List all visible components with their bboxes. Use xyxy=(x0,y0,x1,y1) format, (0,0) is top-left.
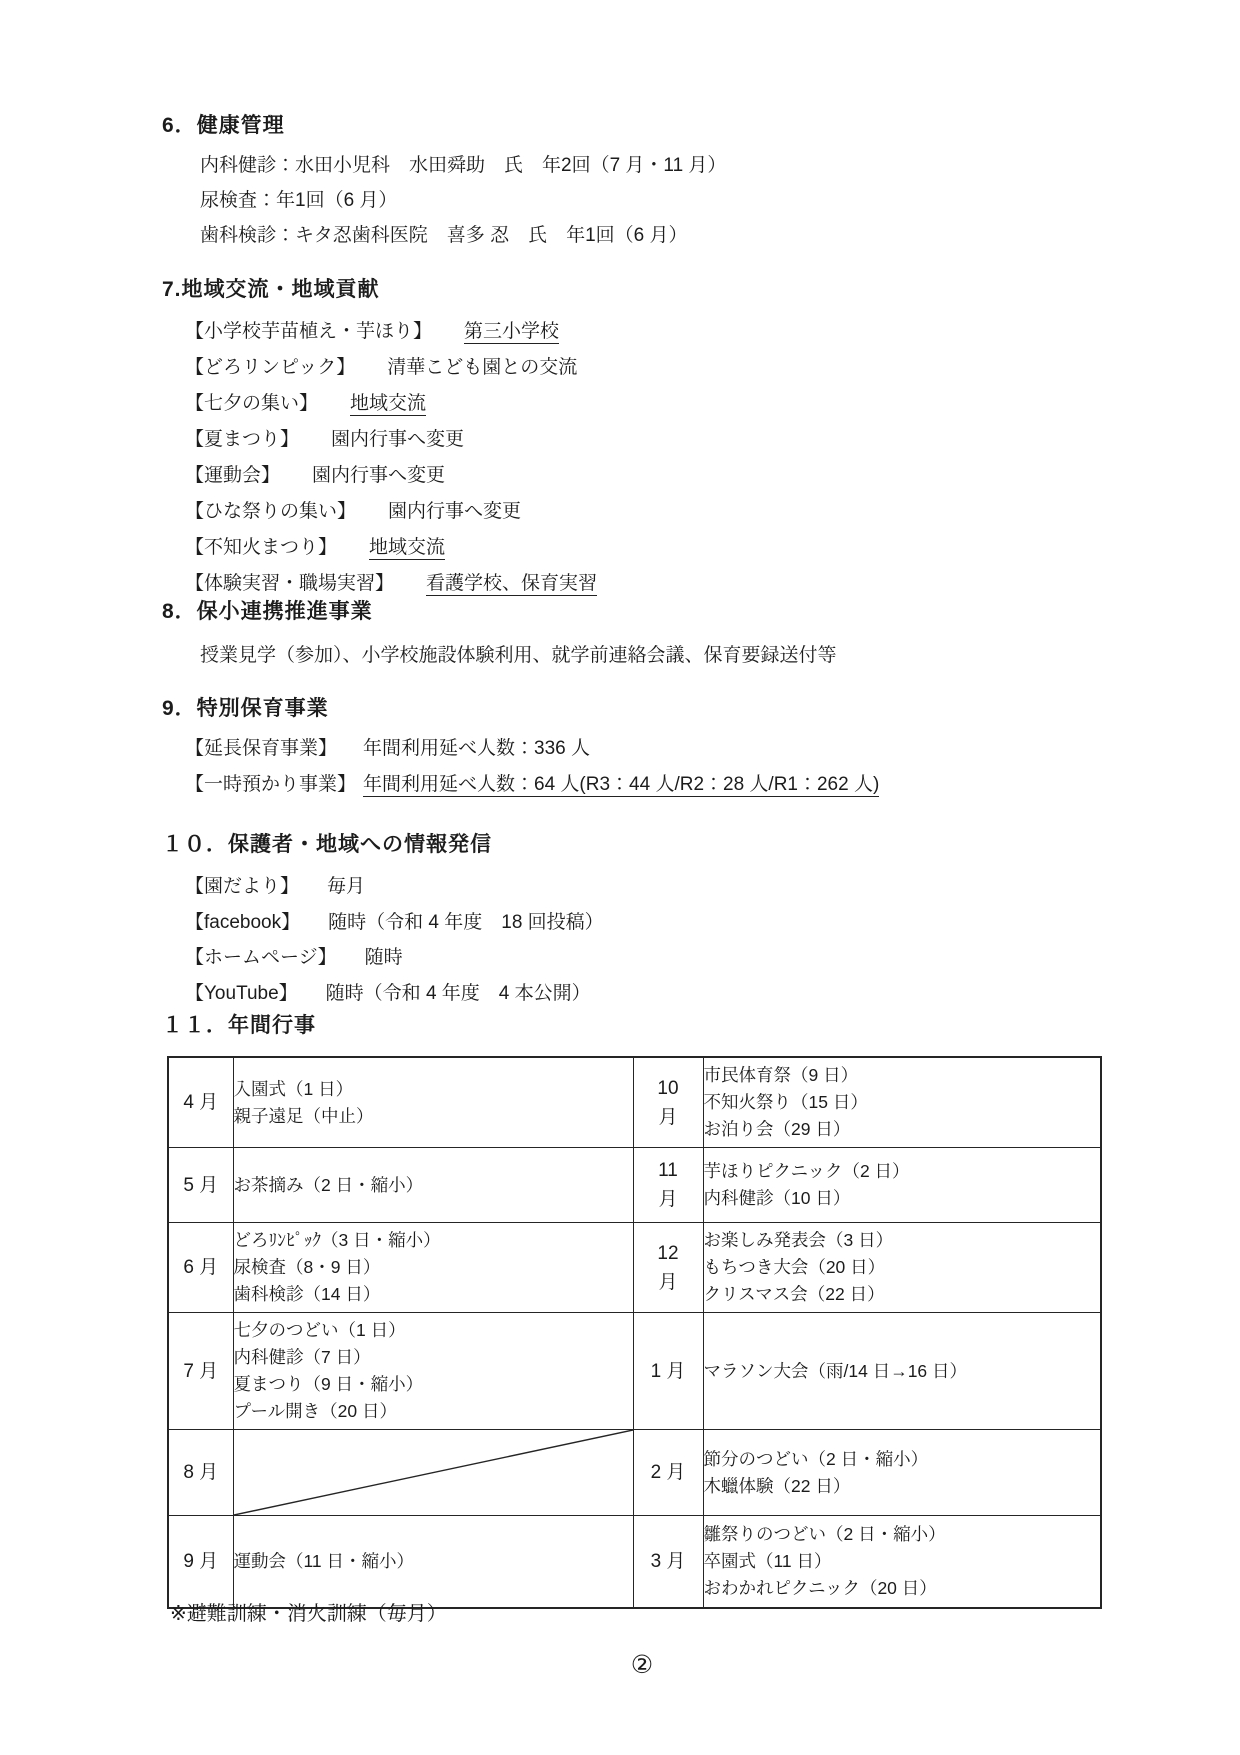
bracket-label: 【園だより】 xyxy=(185,876,299,897)
section-annual-events: １１．年間行事 xyxy=(162,1012,1122,1040)
community-item: 【夏まつり】園内行事へ変更 xyxy=(185,422,1122,458)
month-cell: 2 月 xyxy=(633,1430,703,1516)
info-item: 【facebook】随時（令和 4 年度 18 回投稿） xyxy=(185,905,1122,941)
community-item: 【小学校芋苗植え・芋ほり】第三小学校 xyxy=(185,314,1122,350)
section-7-heading: 7.地域交流・地域貢献 xyxy=(162,276,1122,304)
bracket-value: 園内行事へ変更 xyxy=(331,429,464,450)
health-line-internal-checkup: 内科健診：水田小児科 水田舜助 氏 年2回（7 月・11 月） xyxy=(200,148,1122,183)
events-cell-empty xyxy=(233,1430,633,1516)
events-cell: お茶摘み（2 日・縮小） xyxy=(233,1148,633,1223)
community-item: 【不知火まつり】地域交流 xyxy=(185,530,1122,566)
bracket-value: 随時（令和 4 年度 18 回投稿） xyxy=(328,912,604,933)
events-cell: 芋ほりピクニック（2 日） 内科健診（10 日） xyxy=(703,1148,1101,1223)
bracket-label: 【夏まつり】 xyxy=(185,429,299,450)
events-cell: 七夕のつどい（1 日） 内科健診（7 日） 夏まつり（9 日・縮小） プール開き… xyxy=(233,1313,633,1430)
month-cell: 3 月 xyxy=(633,1516,703,1608)
section-cooperation-project: 8．保小連携推進事業 授業見学（参加）、小学校施設体験利用、就学前連絡会議、保育… xyxy=(162,598,1122,673)
community-item: 【七夕の集い】地域交流 xyxy=(185,386,1122,422)
bracket-value: 園内行事へ変更 xyxy=(312,465,445,486)
month-cell: 6 月 xyxy=(168,1223,233,1313)
community-item: 【どろリンピック】清華こども園との交流 xyxy=(185,350,1122,386)
section-6-heading: 6．健康管理 xyxy=(162,112,1122,140)
events-cell: 入園式（1 日） 親子遠足（中止） xyxy=(233,1057,633,1148)
events-cell: 雛祭りのつどい（2 日・縮小） 卒園式（11 日） おわかれピクニック（20 日… xyxy=(703,1516,1101,1608)
section-9-heading: 9．特別保育事業 xyxy=(162,695,1122,723)
bracket-value: 年間利用延べ人数：336 人 xyxy=(363,738,590,759)
month-cell: 5 月 xyxy=(168,1148,233,1223)
section-special-childcare: 9．特別保育事業 【延長保育事業】年間利用延べ人数：336 人 【一時預かり事業… xyxy=(162,695,1122,802)
month-cell: 10 月 xyxy=(633,1057,703,1148)
bracket-label: 【ホームページ】 xyxy=(185,947,337,968)
events-cell: 市民体育祭（9 日） 不知火祭り（15 日） お泊り会（29 日） xyxy=(703,1057,1101,1148)
health-line-dental-checkup: 歯科検診：キタ忍歯科医院 喜多 忍 氏 年1回（6 月） xyxy=(200,218,1122,253)
special-care-item: 【延長保育事業】年間利用延べ人数：336 人 xyxy=(185,731,1122,767)
events-cell: マラソン大会（雨/14 日→16 日） xyxy=(703,1313,1101,1430)
section-8-heading: 8．保小連携推進事業 xyxy=(162,598,1122,626)
cooperation-line: 授業見学（参加）、小学校施設体験利用、就学前連絡会議、保育要録送付等 xyxy=(200,638,1122,673)
events-cell: 運動会（11 日・縮小） xyxy=(233,1516,633,1608)
section-information-sharing: １０．保護者・地域への情報発信 【園だより】毎月 【facebook】随時（令和… xyxy=(162,831,1122,1011)
bracket-label: 【一時預かり事業】 xyxy=(185,767,363,803)
bracket-value: 随時 xyxy=(365,947,403,968)
table-row: 8 月 2 月 節分のつどい（2 日・縮小） 木蠟体験（22 日） xyxy=(168,1430,1101,1516)
bracket-label: 【ひな祭りの集い】 xyxy=(185,501,356,522)
table-row: 6 月 どろﾘﾝﾋﾟｯｸ（3 日・縮小） 尿検査（8・9 日） 歯科検診（14 … xyxy=(168,1223,1101,1313)
bracket-value: 随時（令和 4 年度 4 本公開） xyxy=(326,983,591,1004)
section-health-management: 6．健康管理 内科健診：水田小児科 水田舜助 氏 年2回（7 月・11 月） 尿… xyxy=(162,112,1122,253)
bracket-value: 第三小学校 xyxy=(464,321,559,344)
bracket-label: 【運動会】 xyxy=(185,465,280,486)
info-item: 【ホームページ】随時 xyxy=(185,940,1122,976)
bracket-label: 【七夕の集い】 xyxy=(185,393,318,414)
table-row: 9 月 運動会（11 日・縮小） 3 月 雛祭りのつどい（2 日・縮小） 卒園式… xyxy=(168,1516,1101,1608)
month-cell: 8 月 xyxy=(168,1430,233,1516)
month-cell: 4 月 xyxy=(168,1057,233,1148)
page-number: ② xyxy=(631,1650,653,1680)
month-cell: 12 月 xyxy=(633,1223,703,1313)
diagonal-line xyxy=(234,1430,633,1515)
bracket-value: 毎月 xyxy=(327,876,365,897)
bracket-value: 年間利用延べ人数：64 人(R3：44 人/R2：28 人/R1：262 人) xyxy=(363,774,879,797)
special-care-item: 【一時預かり事業】年間利用延べ人数：64 人(R3：44 人/R2：28 人/R… xyxy=(185,767,1122,803)
table-row: 7 月 七夕のつどい（1 日） 内科健診（7 日） 夏まつり（9 日・縮小） プ… xyxy=(168,1313,1101,1430)
bracket-label: 【YouTube】 xyxy=(185,983,298,1004)
table-row: 5 月 お茶摘み（2 日・縮小） 11 月 芋ほりピクニック（2 日） 内科健診… xyxy=(168,1148,1101,1223)
events-cell: お楽しみ発表会（3 日） もちつき大会（20 日） クリスマス会（22 日） xyxy=(703,1223,1101,1313)
bracket-label: 【不知火まつり】 xyxy=(185,537,337,558)
bracket-value: 看護学校、保育実習 xyxy=(426,573,597,596)
bracket-label: 【どろリンピック】 xyxy=(185,357,355,378)
info-item: 【YouTube】随時（令和 4 年度 4 本公開） xyxy=(185,976,1122,1012)
bracket-label: 【体験実習・職場実習】 xyxy=(185,573,394,594)
section-10-heading: １０．保護者・地域への情報発信 xyxy=(162,831,1122,859)
document-page: 6．健康管理 内科健診：水田小児科 水田舜助 氏 年2回（7 月・11 月） 尿… xyxy=(0,0,1240,1755)
bracket-label: 【小学校芋苗植え・芋ほり】 xyxy=(185,321,432,342)
community-item: 【ひな祭りの集い】園内行事へ変更 xyxy=(185,494,1122,530)
bracket-label: 【延長保育事業】 xyxy=(185,731,363,767)
bracket-value: 園内行事へ変更 xyxy=(388,501,521,522)
month-cell: 7 月 xyxy=(168,1313,233,1430)
bracket-value: 地域交流 xyxy=(350,393,426,416)
section-11-heading: １１．年間行事 xyxy=(162,1012,1122,1040)
annual-events-table: 4 月 入園式（1 日） 親子遠足（中止） 10 月 市民体育祭（9 日） 不知… xyxy=(167,1056,1102,1609)
events-cell: どろﾘﾝﾋﾟｯｸ（3 日・縮小） 尿検査（8・9 日） 歯科検診（14 日） xyxy=(233,1223,633,1313)
month-cell: 9 月 xyxy=(168,1516,233,1608)
health-line-urine-test: 尿検査：年1回（6 月） xyxy=(200,183,1122,218)
bracket-label: 【facebook】 xyxy=(185,912,300,933)
bracket-value: 地域交流 xyxy=(369,537,445,560)
month-cell: 11 月 xyxy=(633,1148,703,1223)
bracket-value: 清華こども園との交流 xyxy=(387,357,577,378)
section-community-exchange: 7.地域交流・地域貢献 【小学校芋苗植え・芋ほり】第三小学校 【どろリンピック】… xyxy=(162,276,1122,602)
footnote-drill-note: ※避難訓練・消火訓練（毎月） xyxy=(170,1598,447,1630)
community-item: 【運動会】園内行事へ変更 xyxy=(185,458,1122,494)
events-cell: 節分のつどい（2 日・縮小） 木蠟体験（22 日） xyxy=(703,1430,1101,1516)
community-item: 【体験実習・職場実習】看護学校、保育実習 xyxy=(185,566,1122,602)
table-row: 4 月 入園式（1 日） 親子遠足（中止） 10 月 市民体育祭（9 日） 不知… xyxy=(168,1057,1101,1148)
info-item: 【園だより】毎月 xyxy=(185,869,1122,905)
month-cell: 1 月 xyxy=(633,1313,703,1430)
